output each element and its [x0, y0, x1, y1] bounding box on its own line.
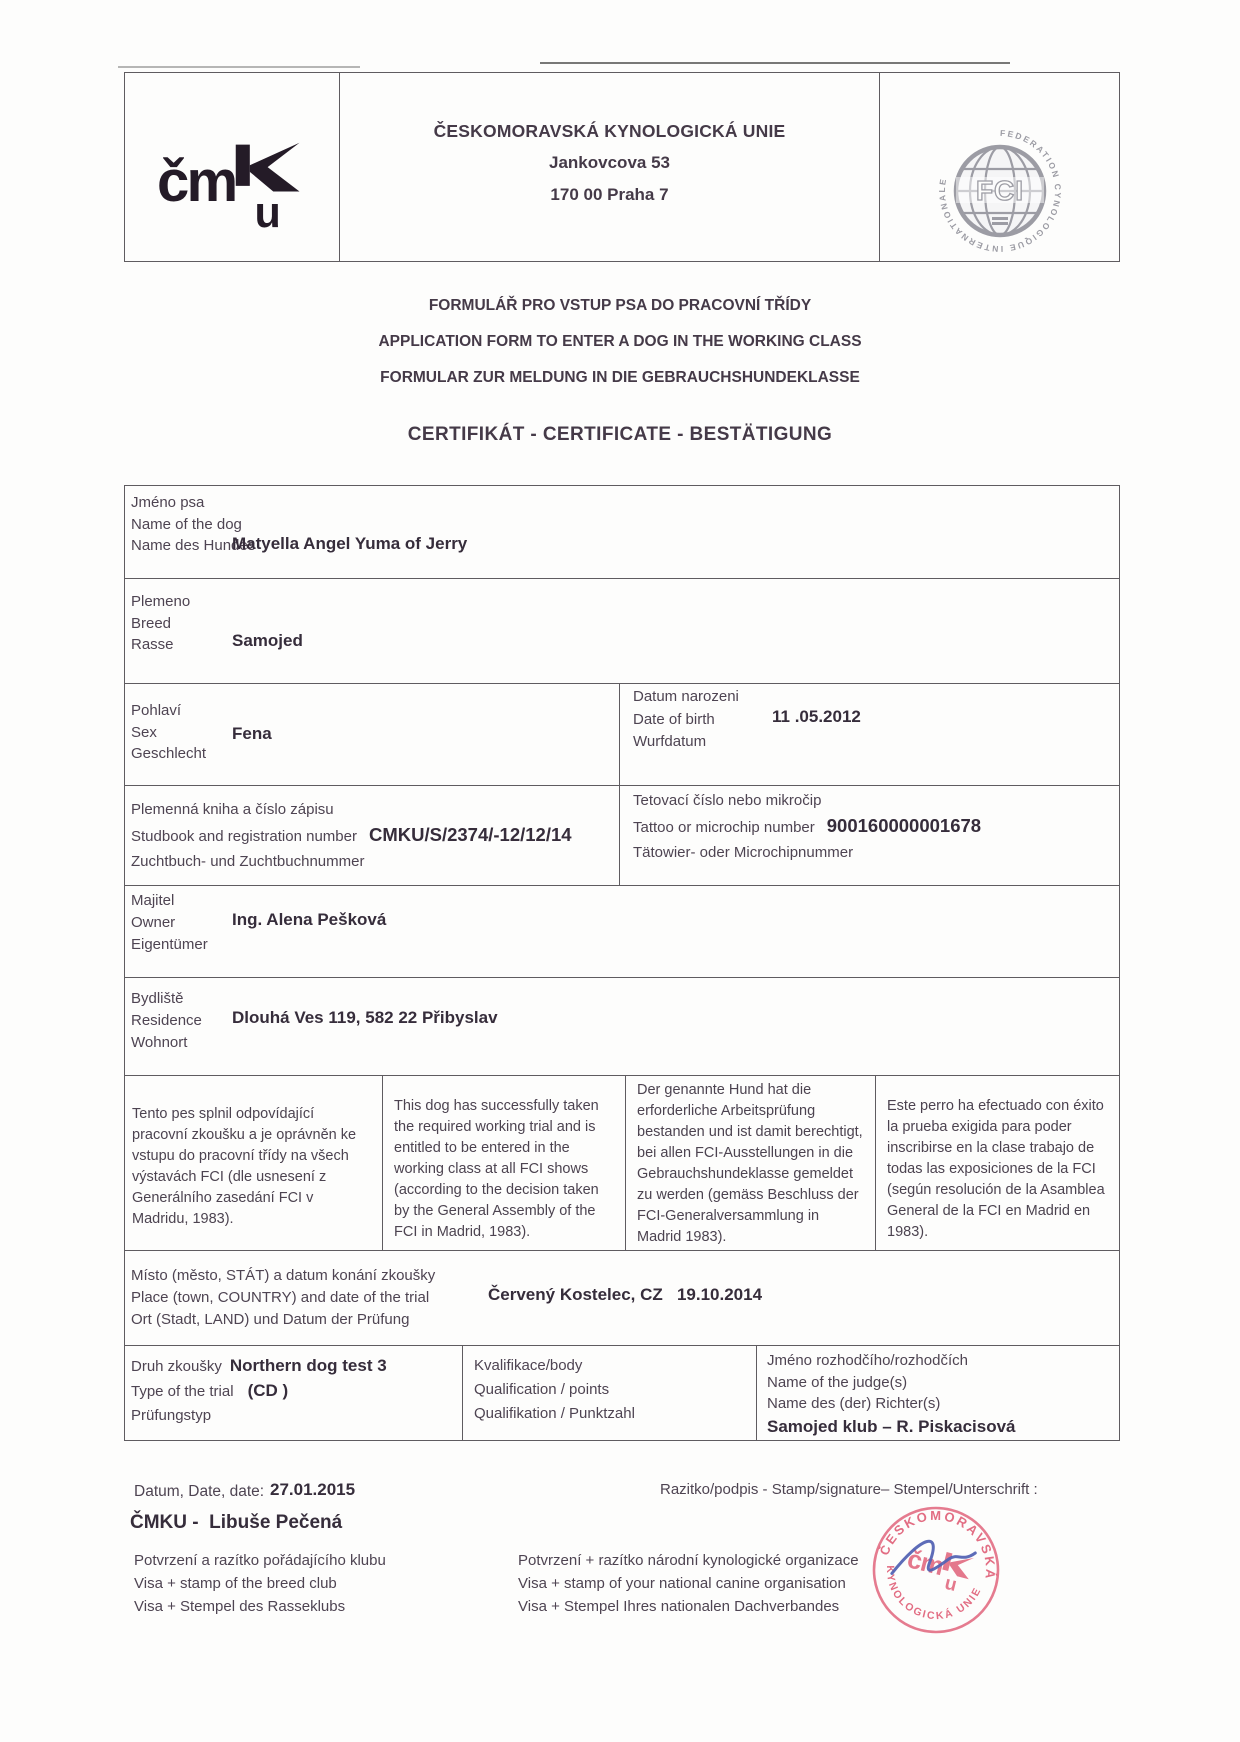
- trial-label-en: Type of the trial: [131, 1383, 234, 1400]
- microchip-value: 900160000001678: [827, 815, 981, 836]
- footer-date-label: Datum, Date, date:: [134, 1483, 264, 1501]
- stamp-center-glyph-text: čm: [904, 1543, 946, 1581]
- judge-label-en: Name of the judge(s): [767, 1372, 1119, 1394]
- place-label-de: Ort (Stadt, LAND) und Datum der Prüfung: [131, 1309, 1119, 1331]
- certificate-title: CERTIFIKÁT - CERTIFICATE - BESTÄTIGUNG: [0, 424, 1240, 446]
- cmku-logo: čm u: [157, 137, 307, 231]
- org-address-1: Jankovcova 53: [340, 147, 879, 179]
- birth-label-cs: Datum narozeni: [633, 686, 1119, 709]
- org-address-2: 170 00 Praha 7: [340, 179, 879, 211]
- svg-text:čm: čm: [157, 149, 236, 214]
- club-visa-en: Visa + stamp of the breed club: [134, 1572, 386, 1595]
- residence-label-de: Wohnort: [131, 1032, 1119, 1054]
- trial-label-cs: Druh zkoušky: [131, 1358, 222, 1375]
- qualification-label-cs: Kvalifikace/body: [474, 1354, 756, 1378]
- row-trial-judge: Druh zkouškyNorthern dog test 3 Type of …: [125, 1345, 1119, 1440]
- residence-value: Dlouhá Ves 119, 582 22 Přibyslav: [232, 1008, 498, 1028]
- studbook-cell: Plemenná kniha a číslo zápisu Studbook a…: [125, 786, 619, 885]
- dog-name-value: Matyella Angel Yuma of Jerry: [232, 534, 467, 554]
- certificate-table: Jméno psa Name of the dog Name des Hunde…: [124, 485, 1120, 1441]
- residence-label-cs: Bydliště: [131, 988, 1119, 1010]
- round-stamp: ČESKOMORAVSKÁ KYNOLOGICKÁ UNIE čm u: [841, 1475, 1030, 1664]
- studbook-label-de: Zuchtbuch- und Zuchtbuchnummer: [131, 849, 619, 874]
- row-dog-name: Jméno psa Name of the dog Name des Hunde…: [125, 486, 1119, 578]
- org-name: ČESKOMORAVSKÁ KYNOLOGICKÁ UNIE: [340, 115, 879, 147]
- trial-name-value: Northern dog test 3: [230, 1356, 387, 1375]
- club-visa-cs: Potvrzení a razítko pořádajícího klubu: [134, 1549, 386, 1572]
- national-visa-cs: Potvrzení + razítko národní kynologické …: [518, 1549, 859, 1572]
- studbook-value: CMKU/S/2374/-12/12/14: [369, 824, 572, 845]
- header-org-cell: ČESKOMORAVSKÁ KYNOLOGICKÁ UNIE Jankovcov…: [340, 73, 880, 261]
- scan-artifact-line: [540, 62, 1010, 64]
- owner-label-de: Eigentümer: [131, 934, 1119, 956]
- statement-cs-text: Tento pes splnil odpovídající pracovní z…: [132, 1104, 372, 1230]
- statement-es-text: Este perro ha efectuado con éxito la pru…: [887, 1096, 1109, 1243]
- place-label-cs: Místo (město, STÁT) a datum konání zkouš…: [131, 1265, 1119, 1287]
- sex-label-de: Geschlecht: [131, 743, 619, 765]
- header-right-cell: FEDERATION CYNOLOGIQUE INTERNATIONALE FC…: [880, 73, 1119, 261]
- national-visa-en: Visa + stamp of your national canine org…: [518, 1572, 859, 1595]
- qualification-cell: Kvalifikace/body Qualification / points …: [462, 1346, 756, 1440]
- footer-issuer-line: ČMKU - Libuše Pečená: [130, 1512, 342, 1534]
- judge-cell: Jméno rozhodčího/rozhodčích Name of the …: [756, 1346, 1119, 1440]
- dog-name-label-cs: Jméno psa: [131, 492, 1119, 514]
- club-visa-de: Visa + Stempel des Rasseklubs: [134, 1595, 386, 1618]
- microchip-label-en: Tattoo or microchip number: [633, 819, 815, 836]
- svg-text:u: u: [255, 189, 281, 231]
- fci-globe-logo: FEDERATION CYNOLOGIQUE INTERNATIONALE FC…: [932, 123, 1068, 259]
- judge-label-de: Name des (der) Richter(s): [767, 1393, 1119, 1415]
- footer-date-value: 27.01.2015: [270, 1480, 355, 1500]
- statement-cs: Tento pes splnil odpovídající pracovní z…: [125, 1076, 382, 1250]
- microchip-label-cs: Tetovací číslo nebo mikročip: [633, 788, 1119, 813]
- birth-date-value: 11 .05.2012: [772, 707, 861, 727]
- microchip-label-de: Tätowier- oder Microchipnummer: [633, 840, 1119, 865]
- statement-es: Este perro ha efectuado con éxito la pru…: [875, 1076, 1119, 1250]
- row-sex-birth: Pohlaví Sex Geschlecht Fena Datum naroze…: [125, 683, 1119, 785]
- sex-label-en: Sex: [131, 722, 619, 744]
- header: čm u ČESKOMORAVSKÁ KYNOLOGICKÁ UNIE Jank…: [124, 72, 1120, 262]
- trial-label-de: Prüfungstyp: [131, 1404, 462, 1428]
- studbook-label-cs: Plemenná kniha a číslo zápisu: [131, 797, 619, 822]
- birth-label-en: Date of birth: [633, 709, 1119, 732]
- breed-value: Samojed: [232, 631, 303, 651]
- stamp-signature-label: Razitko/podpis - Stamp/signature– Stempe…: [660, 1481, 1038, 1498]
- judge-value: Samojed klub – R. Piskacisová: [767, 1416, 1119, 1438]
- national-visa-de: Visa + Stempel Ihres nationalen Dachverb…: [518, 1595, 859, 1618]
- studbook-label-en: Studbook and registration number: [131, 828, 357, 845]
- fci-center-text: FCI: [976, 175, 1024, 206]
- qualification-label-en: Qualification / points: [474, 1378, 756, 1402]
- sex-value: Fena: [232, 724, 272, 744]
- place-date-value: Červený Kostelec, CZ 19.10.2014: [488, 1285, 762, 1305]
- microchip-cell: Tetovací číslo nebo mikročip Tattoo or m…: [619, 786, 1119, 885]
- scan-artifact-line: [118, 66, 360, 68]
- row-studbook-chip: Plemenná kniha a číslo zápisu Studbook a…: [125, 785, 1119, 885]
- dog-name-label-en: Name of the dog: [131, 514, 1119, 536]
- club-visa-block: Potvrzení a razítko pořádajícího klubu V…: [134, 1549, 386, 1618]
- svg-text:u: u: [943, 1573, 959, 1596]
- national-visa-block: Potvrzení + razítko národní kynologické …: [518, 1549, 859, 1618]
- form-title-cs: FORMULÁŘ PRO VSTUP PSA DO PRACOVNÍ TŘÍDY: [0, 288, 1240, 324]
- owner-label-cs: Majitel: [131, 890, 1119, 912]
- form-title-de: FORMULAR ZUR MELDUNG IN DIE GEBRAUCHSHUN…: [0, 360, 1240, 396]
- qualification-label-de: Qualifikation / Punktzahl: [474, 1402, 756, 1426]
- sex-label-cs: Pohlaví: [131, 700, 619, 722]
- birth-label-de: Wurfdatum: [633, 731, 1119, 754]
- row-statement: Tento pes splnil odpovídající pracovní z…: [125, 1075, 1119, 1250]
- scanned-certificate-page: čm u ČESKOMORAVSKÁ KYNOLOGICKÁ UNIE Jank…: [0, 0, 1240, 1742]
- row-residence: Bydliště Residence Wohnort Dlouhá Ves 11…: [125, 977, 1119, 1075]
- birth-date-cell: Datum narozeni Date of birth Wurfdatum 1…: [619, 684, 1119, 785]
- form-titles: FORMULÁŘ PRO VSTUP PSA DO PRACOVNÍ TŘÍDY…: [0, 288, 1240, 396]
- form-title-en: APPLICATION FORM TO ENTER A DOG IN THE W…: [0, 324, 1240, 360]
- row-owner: Majitel Owner Eigentümer Ing. Alena Pešk…: [125, 885, 1119, 977]
- statement-en: This dog has successfully taken the requ…: [382, 1076, 625, 1250]
- row-place-date: Místo (město, STÁT) a datum konání zkouš…: [125, 1250, 1119, 1345]
- statement-en-text: This dog has successfully taken the requ…: [394, 1096, 615, 1243]
- header-left-cell: čm u: [125, 73, 340, 261]
- sex-cell: Pohlaví Sex Geschlecht Fena: [125, 684, 619, 785]
- statement-de-text: Der genannte Hund hat die erforderliche …: [637, 1080, 865, 1248]
- row-breed: Plemeno Breed Rasse Samojed: [125, 578, 1119, 683]
- trial-type-cell: Druh zkouškyNorthern dog test 3 Type of …: [125, 1346, 462, 1440]
- owner-value: Ing. Alena Pešková: [232, 910, 386, 930]
- statement-de: Der genannte Hund hat die erforderliche …: [625, 1076, 875, 1250]
- judge-label-cs: Jméno rozhodčího/rozhodčích: [767, 1350, 1119, 1372]
- breed-label-cs: Plemeno: [131, 591, 1119, 613]
- trial-code-value: (CD ): [248, 1381, 289, 1400]
